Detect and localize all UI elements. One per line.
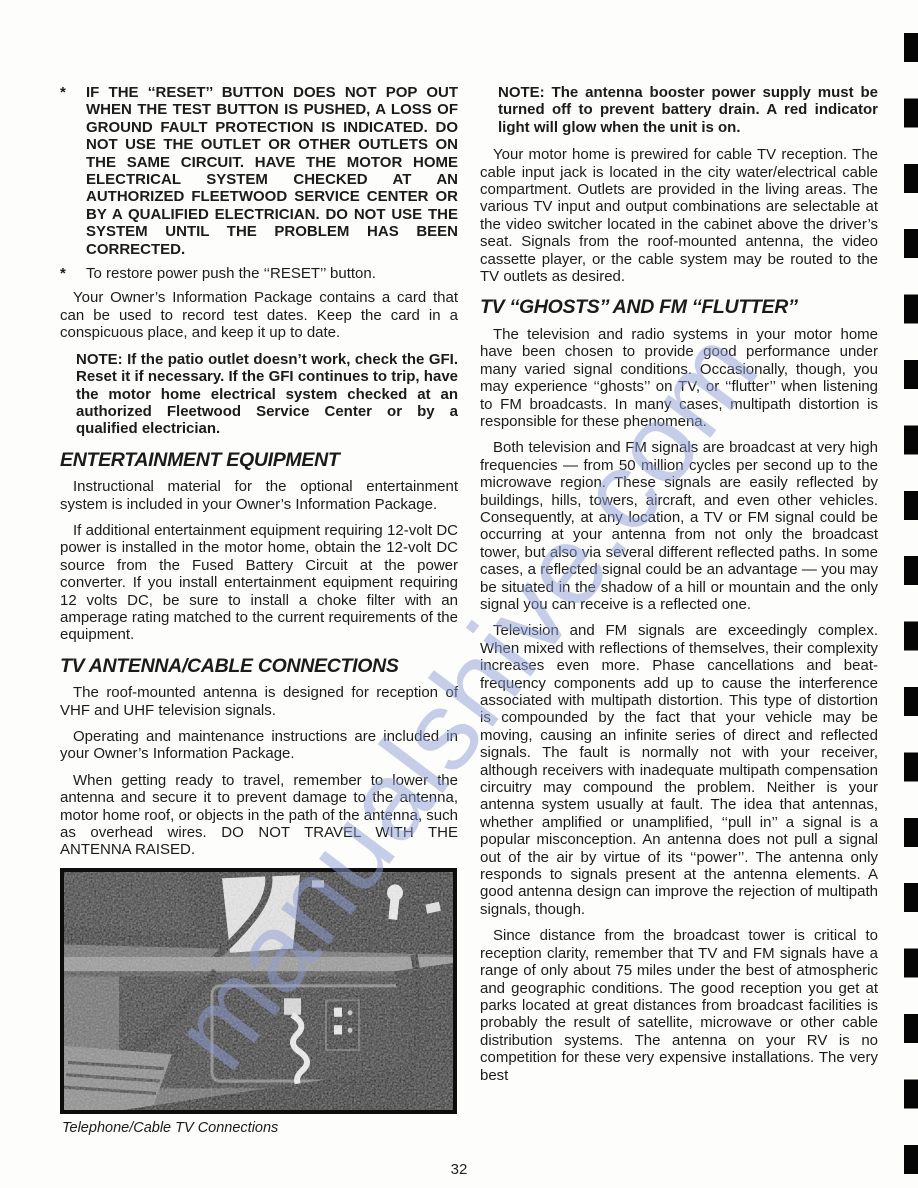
scanned-manual-page: * IF THE ‘‘RESET’’ BUTTON DOES NOT POP O…	[0, 0, 918, 1188]
tv-antenna-cable-heading: TV ANTENNA/CABLE CONNECTIONS	[60, 658, 458, 675]
travel-antenna-paragraph: When getting ready to travel, remember t…	[60, 772, 458, 859]
roof-antenna-paragraph: The roof-mounted antenna is designed for…	[60, 684, 458, 719]
asterisk-marker: *	[60, 265, 86, 282]
tv-radio-systems-paragraph: The television and radio systems in your…	[480, 326, 878, 430]
entertainment-equipment-heading: ENTERTAINMENT EQUIPMENT	[60, 452, 458, 469]
owners-package-paragraph: Your Owner’s Information Package contain…	[60, 289, 458, 341]
gfi-note: NOTE: If the patio outlet doesn’t work, …	[76, 351, 458, 438]
figure-photo	[60, 868, 457, 1114]
broadcast-frequencies-paragraph: Both television and FM signals are broad…	[480, 439, 878, 613]
instructional-material-paragraph: Instructional material for the optional …	[60, 478, 458, 513]
page-number: 32	[0, 1161, 918, 1178]
reset-warning-item: * IF THE ‘‘RESET’’ BUTTON DOES NOT POP O…	[60, 84, 458, 258]
tv-ghosts-fm-flutter-heading: TV ‘‘GHOSTS’’ AND FM ‘‘FLUTTER’’	[480, 299, 878, 316]
asterisk-marker: *	[60, 84, 86, 258]
restore-power-text: To restore power push the ‘‘RESET’’ butt…	[86, 265, 458, 282]
figure-caption: Telephone/Cable TV Connections	[60, 1120, 458, 1137]
broadcast-distance-paragraph: Since distance from the broadcast tower …	[480, 927, 878, 1084]
right-column: NOTE: The antenna booster power supply m…	[480, 84, 878, 1093]
operating-instructions-paragraph: Operating and maintenance instructions a…	[60, 728, 458, 763]
telephone-cable-photo-art	[64, 872, 453, 1110]
left-column: * IF THE ‘‘RESET’’ BUTTON DOES NOT POP O…	[60, 84, 458, 1137]
binding-marks	[904, 0, 918, 1188]
multipath-distortion-paragraph: Television and FM signals are exceedingl…	[480, 622, 878, 918]
reset-warning-text: IF THE ‘‘RESET’’ BUTTON DOES NOT POP OUT…	[86, 84, 458, 258]
antenna-booster-note: NOTE: The antenna booster power supply m…	[498, 84, 878, 136]
restore-power-item: * To restore power push the ‘‘RESET’’ bu…	[60, 265, 458, 282]
cable-tv-prewired-paragraph: Your motor home is prewired for cable TV…	[480, 146, 878, 285]
dc-power-paragraph: If additional entertainment equipment re…	[60, 522, 458, 644]
